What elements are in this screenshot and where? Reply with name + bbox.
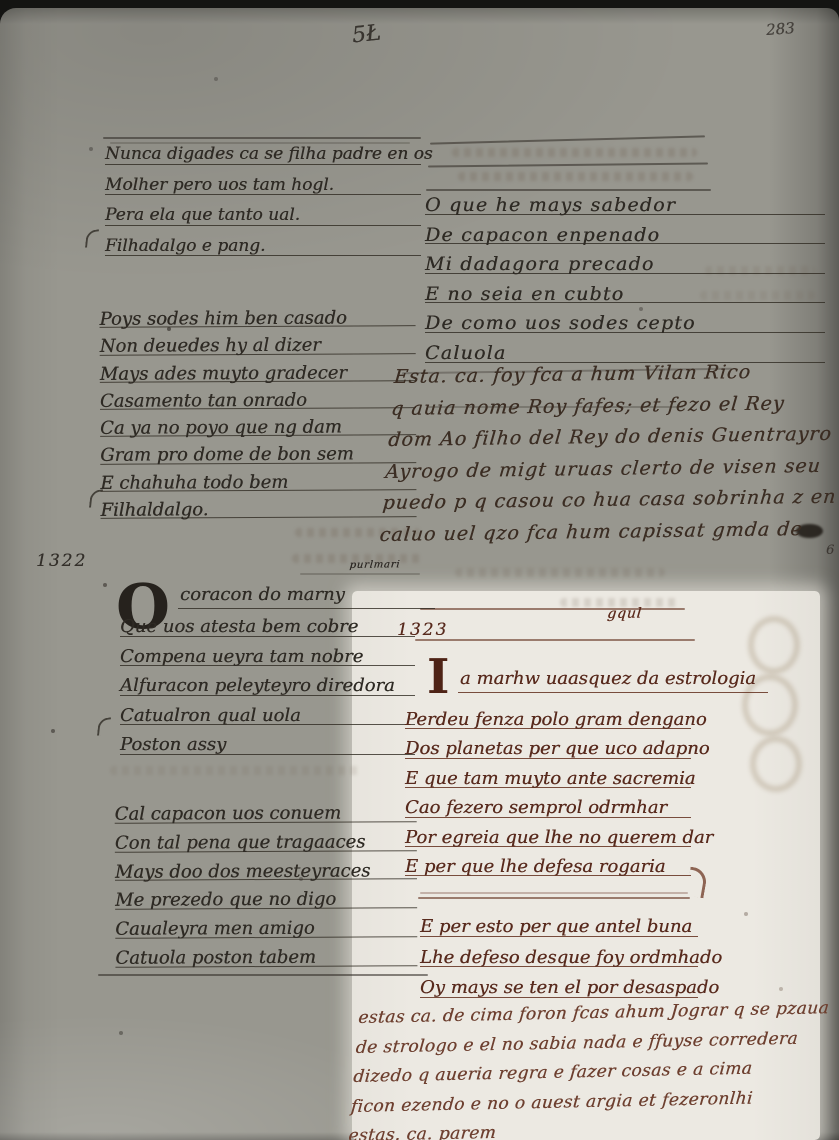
verse-line: Por egreia que lhe no querem dar bbox=[405, 818, 691, 847]
top-catchword-mark: 5Ł bbox=[351, 21, 382, 49]
ruled-line bbox=[415, 639, 695, 641]
ruled-line bbox=[420, 892, 688, 894]
verse-line: Catualron qual uola bbox=[120, 696, 415, 726]
verse-line: Compena ueyra tam nobre bbox=[120, 637, 415, 667]
page-specks bbox=[0, 8, 2, 10]
stanza-left-4: Cal capacon uos conuemCon tal pena que t… bbox=[115, 793, 418, 967]
verse-line: Poys sodes him ben casado bbox=[99, 299, 415, 328]
ruled-line bbox=[428, 163, 708, 168]
verse-line: Cao fezero semprol odrmhar bbox=[405, 788, 691, 817]
verse-line: Ca ya no poyo que ng dam bbox=[100, 408, 416, 437]
margin-number-1323: 1323 bbox=[397, 620, 448, 640]
verse-line: E per esto per que antel buna bbox=[420, 906, 698, 937]
verse-line: E no seia en cubto bbox=[425, 274, 825, 304]
margin-number-1322: 1322 bbox=[36, 551, 87, 571]
paragraph-mark bbox=[97, 717, 111, 736]
bleedthrough-ghost bbox=[748, 616, 800, 674]
rubric-note: Esta. ca. foy fca a hum Vilan Ricoq auia… bbox=[379, 350, 827, 545]
verse-line: Molher pero uos tam hogl. bbox=[105, 165, 421, 196]
paragraph-mark bbox=[85, 229, 99, 248]
verse-line: Nunca digades ca se filha padre en os bbox=[105, 134, 421, 165]
verse-line: E per que lhe defesa rogaria bbox=[405, 847, 691, 876]
scribe-scribble-left: purlmari bbox=[349, 559, 401, 571]
verse-line: E chahuha todo bem bbox=[100, 463, 416, 492]
verse-line: Catuola poston tabem bbox=[115, 937, 417, 967]
verse-line: Mi dadagora precado bbox=[425, 244, 825, 274]
verse-line: Pera ela que tanto ual. bbox=[105, 195, 421, 226]
verse-line: Non deuedes hy al dizer bbox=[100, 326, 416, 355]
stanza-left-1: Nunca digades ca se filha padre en osMol… bbox=[105, 134, 421, 256]
verse-line: De como uos sodes cepto bbox=[425, 303, 825, 333]
verse-line: Alfuracon peleyteyro diredora bbox=[120, 666, 415, 696]
verse-line: De capacon enpenado bbox=[425, 215, 825, 245]
verse-line: Me prezedo que no digo bbox=[115, 880, 417, 910]
initial-capital-i: I bbox=[427, 653, 449, 701]
rubric-line: caluo uel qzo fca hum capissat gmda de bbox=[379, 507, 812, 545]
manuscript-scan: 5Ł 283 6 Nunca digades ca se filha padre… bbox=[0, 0, 839, 1140]
ruled-line bbox=[420, 608, 685, 610]
stanza-left-3-first-verse: coracon do marny bbox=[178, 584, 435, 609]
verse-line: Gram pro dome de bon sem bbox=[100, 436, 416, 465]
verse-line: Mays ades muyto gradecer bbox=[100, 354, 416, 383]
verse-line: Con tal pena que tragaaces bbox=[115, 822, 417, 852]
verse-line: Caualeyra men amigo bbox=[115, 908, 417, 938]
verse-line: Poston assy bbox=[120, 725, 415, 755]
verse-line: Filhaldalgo. bbox=[100, 490, 416, 519]
right-edge-mark: 6 bbox=[826, 543, 834, 558]
verse-line: Filhadalgo e pang. bbox=[105, 226, 421, 257]
bleedthrough-ghost bbox=[750, 736, 802, 792]
stanza-1323-b: E per esto per que antel bunaLhe defeso … bbox=[420, 906, 698, 998]
bleedthrough-ghost bbox=[458, 172, 693, 181]
bleedthrough-ghost bbox=[452, 148, 697, 157]
manuscript-page: 5Ł 283 6 Nunca digades ca se filha padre… bbox=[0, 8, 839, 1140]
verse-line: Que uos atesta bem cobre bbox=[120, 607, 415, 637]
scribe-scribble-gqul: gqul bbox=[607, 606, 643, 622]
stanza-1323-first-verse: a marhw uaasquez da estrologia bbox=[458, 668, 768, 693]
stanza-left-3: Que uos atesta bem cobreCompena ueyra ta… bbox=[120, 607, 415, 755]
bleedthrough-ghost bbox=[110, 766, 360, 775]
stanza-right-1: O que he mays sabedorDe capacon enpenado… bbox=[425, 185, 825, 363]
bottom-annotation: estas ca. de cima foron fcas ahum Jograr… bbox=[348, 988, 821, 1140]
verse-line: O que he mays sabedor bbox=[425, 185, 825, 215]
ruled-line bbox=[98, 974, 428, 976]
stanza-left-2: Poys sodes him ben casadoNon deuedes hy … bbox=[99, 299, 416, 519]
verse-line: Cal capacon uos conuem bbox=[115, 793, 417, 823]
ruled-line bbox=[430, 135, 705, 144]
ruled-line bbox=[418, 897, 690, 899]
verse-line: Perdeu fenza polo gram dengano bbox=[405, 700, 691, 729]
ruled-line bbox=[300, 573, 420, 575]
verse-line: E que tam muyto ante sacremia bbox=[405, 759, 691, 788]
verse-line: Dos planetas per que uco adapno bbox=[405, 729, 691, 758]
verse-line: Mays doo dos meesteyraces bbox=[115, 851, 417, 881]
verse-line: Casamento tan onrado bbox=[100, 381, 416, 410]
verse-line: Lhe defeso desque foy ordmhado bbox=[420, 937, 698, 968]
bleedthrough-ghost bbox=[455, 568, 665, 577]
folio-number: 283 bbox=[765, 19, 795, 39]
stanza-1323-a: Perdeu fenza polo gram denganoDos planet… bbox=[405, 700, 691, 876]
